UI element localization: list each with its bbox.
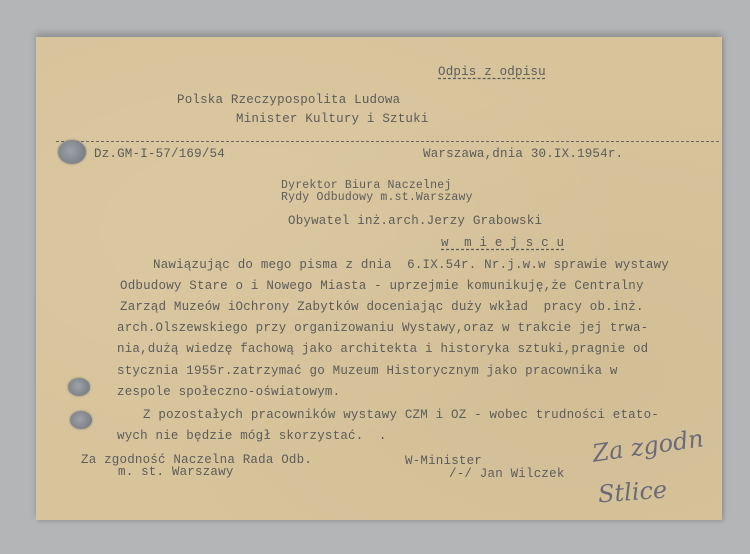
place-date: Warszawa,dnia 30.IX.1954r. [423,147,623,161]
body-line-5: nia,dużą wiedzę fachową jako architekta … [117,342,648,356]
body-line-3: Zarząd Muzeów iOchrony Zabytków doceniaj… [120,300,644,314]
body-line-6: stycznia 1955r.zatrzymać go Muzeum Histo… [117,364,618,378]
punch-hole-top [58,140,86,164]
certification-line-2: m. st. Warszawy [118,465,234,479]
letterhead-ministry: Minister Kultury i Sztuki [236,112,429,126]
recipient-location: w m i e j s c u [441,236,564,250]
handwritten-signature: Stlice [597,476,668,509]
body-line-9: wych nie będzie mógł skorzystać. . [117,429,387,443]
recipient-name: Obywatel inż.arch.Jerzy Grabowski [288,214,542,228]
recipient-line-2: Rydy Odbudowy m.st.Warszawy [281,192,473,204]
signatory-name: /-/ Jan Wilczek [449,467,565,481]
punch-hole-middle [68,378,90,396]
body-line-1: Nawiązując do mego pisma z dnia 6.IX.54r… [153,258,669,272]
body-line-7: zespole społeczno-oświatowym. [117,385,340,399]
body-line-2: Odbudowy Stare o i Nowego Miasta - uprze… [120,279,644,293]
copy-header: Odpis z odpisu [438,65,546,79]
body-line-4: arch.Olszewskiego przy organizowaniu Wys… [117,321,648,335]
reference-number: Dz.GM-I-57/169/54 [94,147,225,161]
punch-hole-bottom [70,411,92,429]
body-line-8: Z pozostałych pracowników wystawy CZM i … [143,408,659,422]
letterhead-country: Polska Rzeczypospolita Ludowa [177,93,400,107]
separator-line [56,141,719,142]
signatory-title: W-Minister [405,454,482,468]
